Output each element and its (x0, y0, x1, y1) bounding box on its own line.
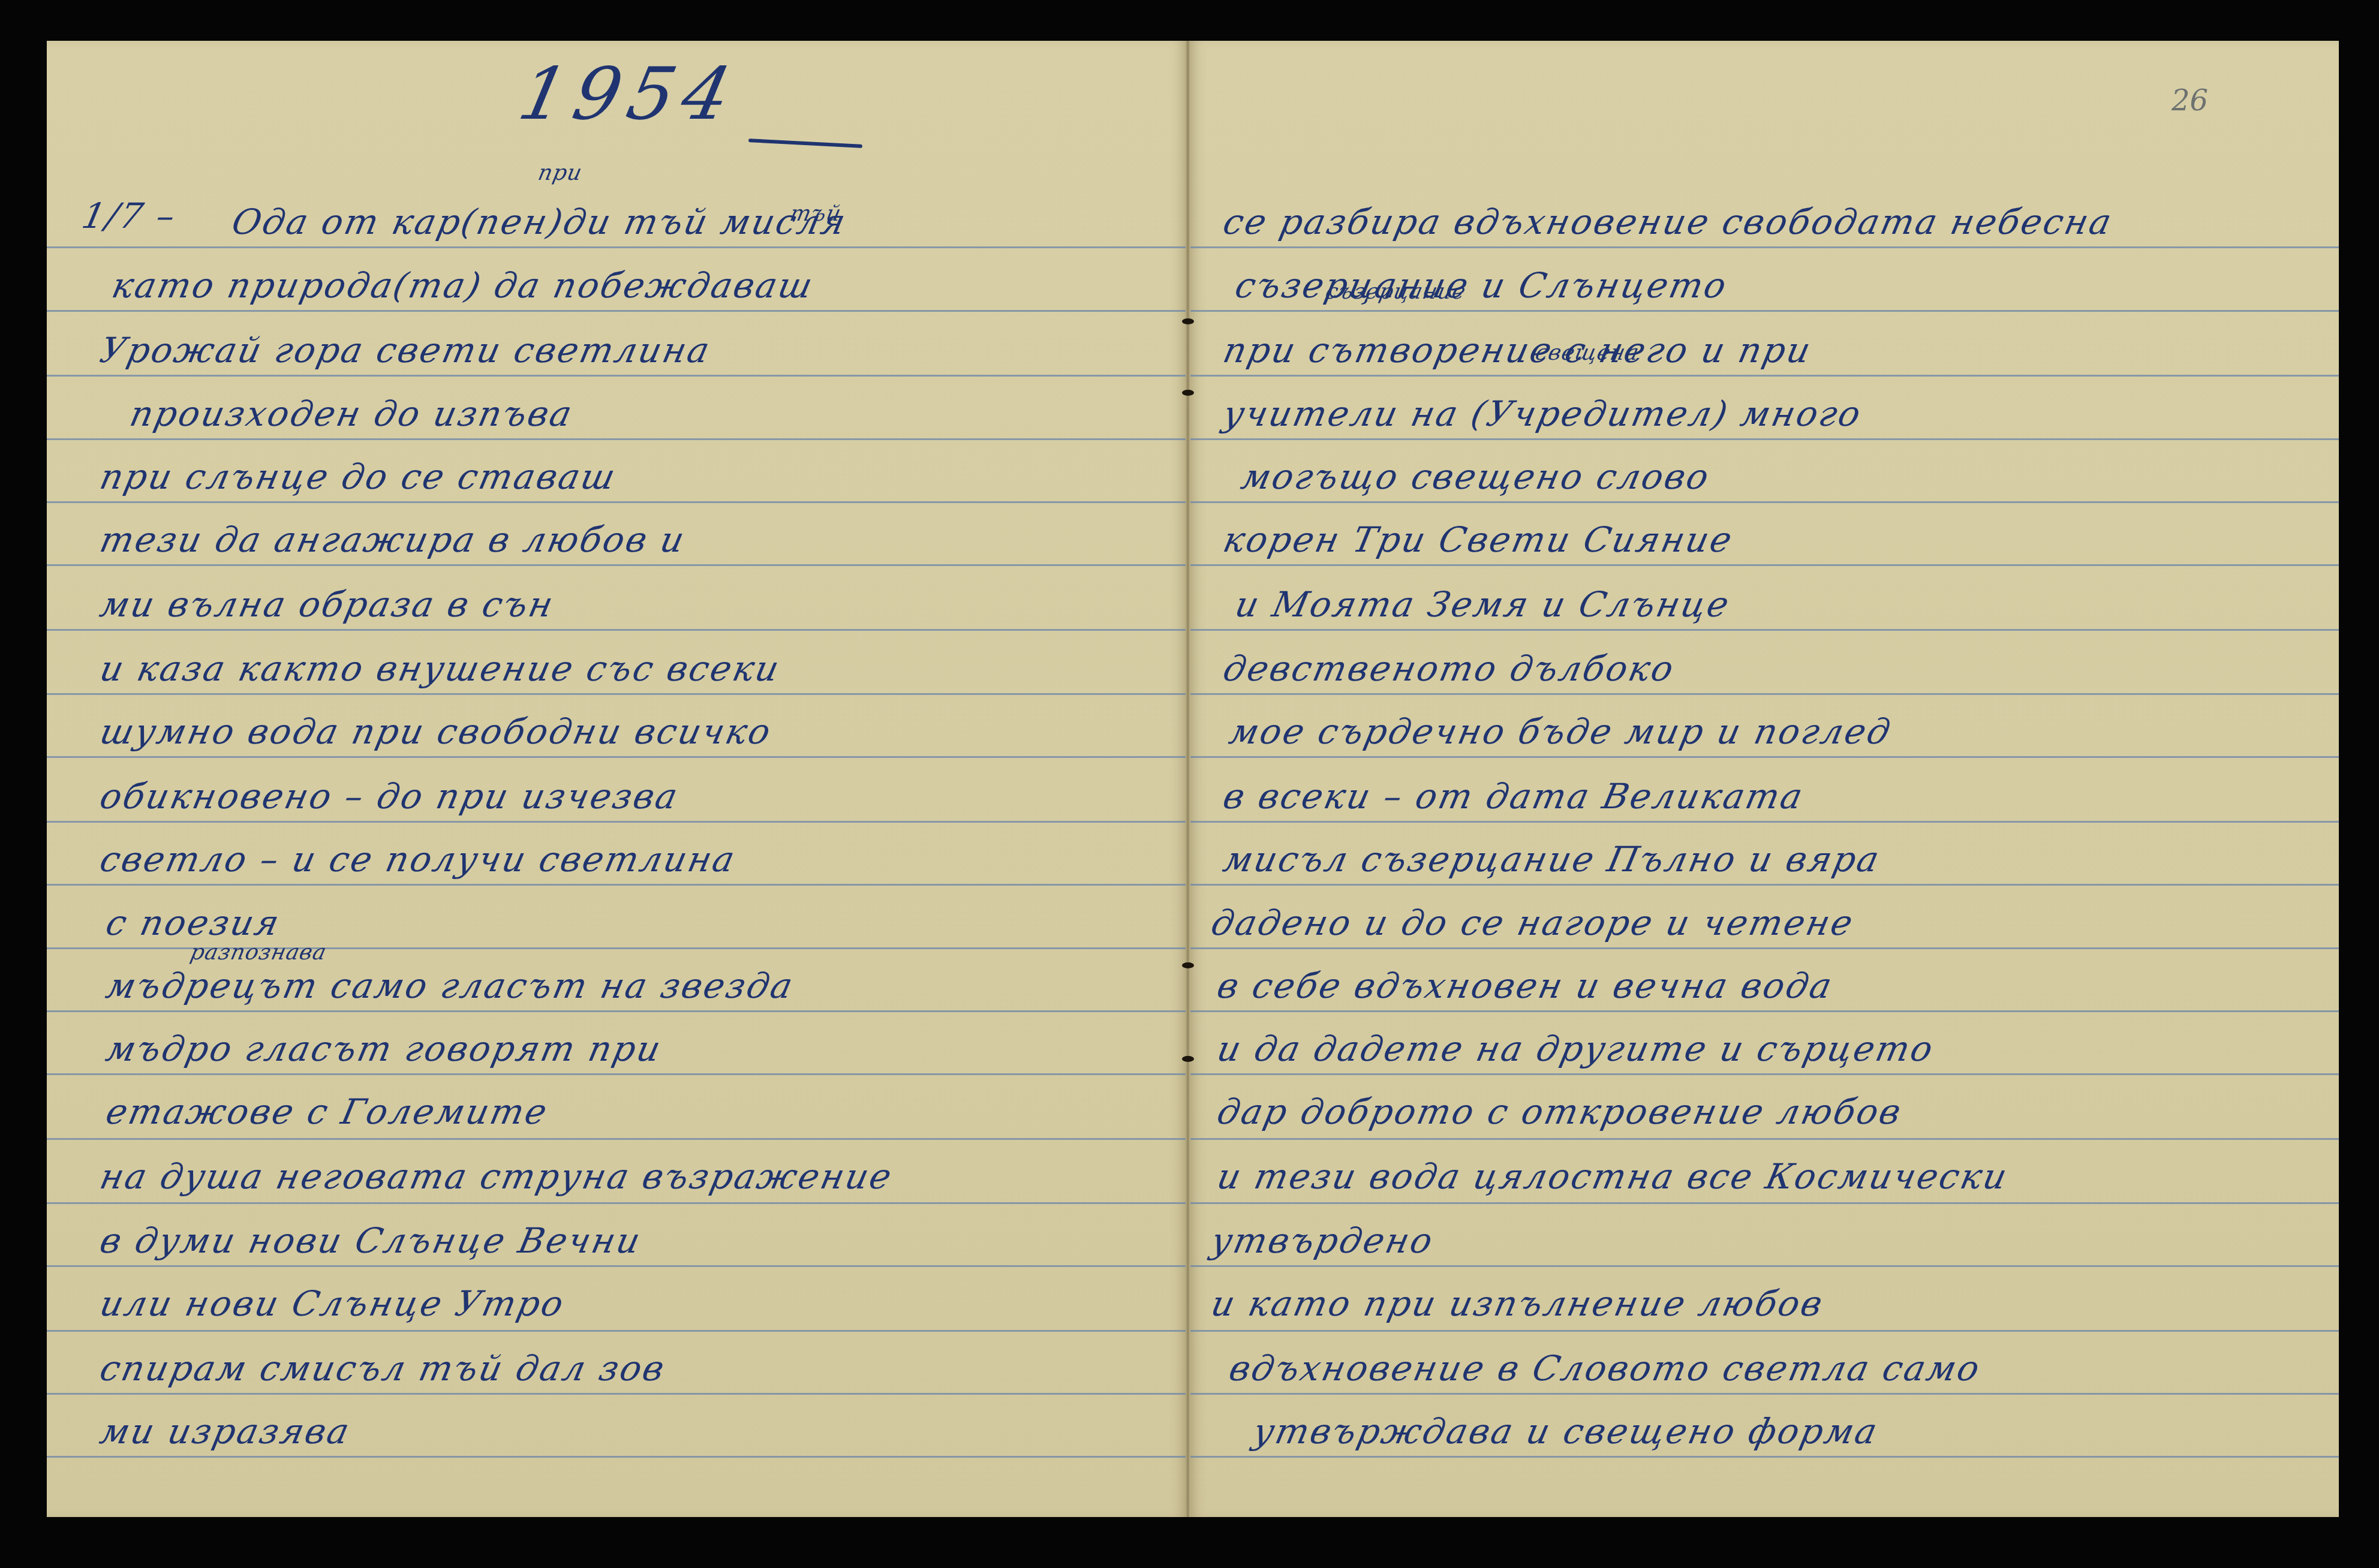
text-line: ми вълна образа в сън (97, 584, 558, 625)
ruled-line (1188, 564, 2339, 566)
ruled-line (47, 564, 1188, 566)
ruled-line (47, 1138, 1188, 1140)
text-line: и тези вода цялостна все Космически (1214, 1156, 2012, 1197)
page-number: 26 (2172, 84, 2208, 118)
text-line: като природа(та) да побеждаваш (109, 265, 818, 306)
ruled-line (47, 1393, 1188, 1395)
ruled-line (1188, 246, 2339, 248)
ruled-line (47, 375, 1188, 377)
ruled-line (1188, 756, 2339, 758)
ruled-line (47, 310, 1188, 312)
text-line: светло – и се получи светлина (97, 839, 740, 880)
text-line: девственото дълбоко (1220, 648, 1679, 689)
right-page: 26 съзерцание свещена се разбира вдъхнов… (1188, 41, 2339, 1517)
text-line: съзерцание и Слънцето (1232, 265, 1732, 306)
ruled-line (1188, 1010, 2339, 1012)
text-line: тези да ангажира в любов и (97, 519, 690, 560)
ruled-line (1188, 310, 2339, 312)
ruled-line (47, 1265, 1188, 1267)
ruled-line (1188, 1073, 2339, 1075)
ruled-line (47, 821, 1188, 823)
text-line: утвърждава и свещено форма (1250, 1411, 1882, 1452)
text-line: и да дадете на другите и сърцето (1214, 1028, 1938, 1069)
heading-underline (748, 139, 862, 148)
text-line: мисъл съзерцание Пълно и вяра (1220, 839, 1884, 880)
ruled-line (1188, 1138, 2339, 1140)
ruled-line (47, 1073, 1188, 1075)
text-line: дар доброто с откровение любов (1214, 1091, 1906, 1132)
ruled-line (1188, 1265, 2339, 1267)
text-line: спирам смисъл тъй дал зов (97, 1348, 670, 1389)
ruled-line (47, 629, 1188, 631)
ruled-line (1188, 693, 2339, 695)
staple-hole (1182, 962, 1194, 968)
text-line: могъщо свещено слово (1238, 456, 1714, 497)
text-line: се разбира вдъхновение свободата небесна (1220, 201, 2117, 242)
ruled-line (1188, 1202, 2339, 1204)
text-line: мъдро гласът говорят при (103, 1028, 666, 1069)
text-line: и Моята Земя и Слънце (1232, 584, 1734, 625)
text-line: етажове с Големите (103, 1091, 552, 1132)
gutter-fold (1186, 41, 1190, 1517)
text-line: с поезия (103, 902, 284, 943)
text-line: мъдрецът само гласът на звезда (103, 965, 798, 1006)
text-line: на душа неговата струна възражение (97, 1156, 897, 1197)
ruled-line (47, 884, 1188, 886)
ruled-line (47, 1202, 1188, 1204)
text-line: шумно вода при свободни всичко (97, 711, 776, 752)
ruled-line (47, 1010, 1188, 1012)
text-line: в всеки – от дата Великата (1220, 776, 1808, 817)
ruled-line (1188, 947, 2339, 949)
text-line: произходен до изпъва (127, 393, 578, 434)
year-heading: 1954 (512, 53, 746, 136)
text-line: или нови Слънце Утро (97, 1283, 569, 1324)
text-line: обикновено – до при изчезва (97, 776, 683, 817)
ruled-line (1188, 629, 2339, 631)
text-line: вдъхновение в Словото светла само (1226, 1348, 1985, 1389)
text-line: и каза както внушение със всеки (97, 648, 784, 689)
ruled-line (1188, 438, 2339, 440)
ruled-line (1188, 1456, 2339, 1458)
text-line: Ода от кар(пен)ди тъй мисля (228, 201, 851, 242)
ruled-line (47, 501, 1188, 503)
ruled-line (47, 1456, 1188, 1458)
text-line: учители на (Учредител) много (1220, 393, 1866, 434)
text-line: при сътворение с него и при (1220, 330, 1816, 371)
ruled-line (47, 246, 1188, 248)
insertion: при (536, 161, 585, 185)
staple-hole (1182, 318, 1194, 324)
ruled-line (47, 438, 1188, 440)
text-line: и като при изпълнение любов (1208, 1283, 1828, 1324)
text-line: в думи нови Слънце Вечни (97, 1220, 646, 1261)
left-page: 1954 при тъй 1/7 – Ода от кар(пен)ди тъй… (47, 41, 1188, 1517)
text-line: Урожай гора свети светлина (97, 330, 715, 371)
text-line: ми изразява (97, 1411, 354, 1452)
ruled-line (1188, 884, 2339, 886)
ruled-line (1188, 1393, 2339, 1395)
staple-hole (1182, 390, 1194, 396)
text-line: в себе вдъхновен и вечна вода (1214, 965, 1837, 1006)
insertion: разпознава (188, 940, 329, 965)
text-line: мое сърдечно бъде мир и поглед (1226, 711, 1896, 752)
text-line: при слънце до се ставаш (97, 456, 621, 497)
ruled-line (1188, 821, 2339, 823)
ruled-line (47, 756, 1188, 758)
ruled-line (47, 693, 1188, 695)
text-line: корен Три Свети Сияние (1220, 519, 1737, 560)
text-line: утвърдено (1208, 1220, 1438, 1261)
ruled-line (47, 1330, 1188, 1332)
ruled-line (1188, 375, 2339, 377)
staple-hole (1182, 1056, 1194, 1062)
ruled-line (1188, 1330, 2339, 1332)
text-line: дадено и до се нагоре и четене (1208, 902, 1858, 943)
ruled-line (1188, 501, 2339, 503)
margin-date: 1/7 – (79, 195, 181, 236)
notebook-spread: 1954 при тъй 1/7 – Ода от кар(пен)ди тъй… (47, 41, 2339, 1522)
